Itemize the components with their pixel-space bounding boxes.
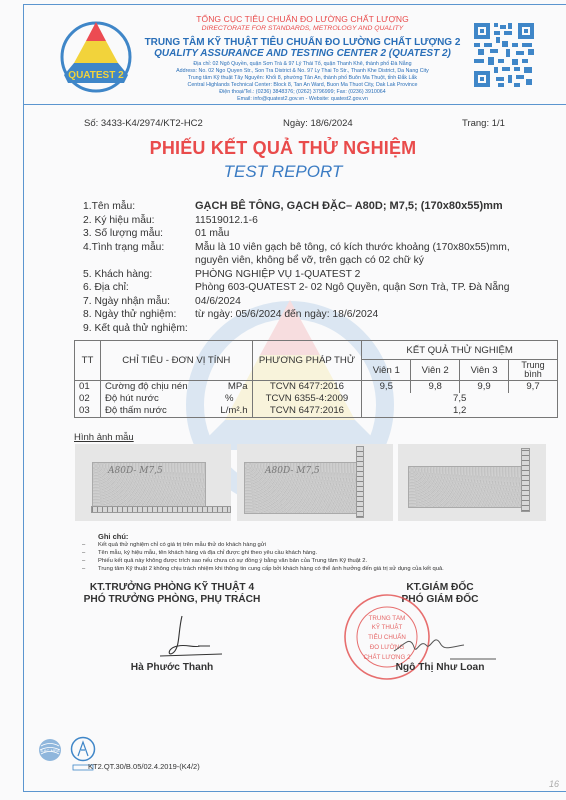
info-value: Phòng 603-QUATEST 2- 02 Ngô Quyền, quận … [195, 281, 553, 295]
info-row-condition: 4.Tình trạng mẫu:Mẫu là 10 viên gạch bê … [83, 241, 553, 255]
quatest2-logo-icon: QUATEST 2 [52, 15, 140, 97]
row-tt: 01 [75, 381, 101, 394]
info-label: 1.Tên mẫu: [83, 200, 195, 214]
handwritten-page-number: 16 [549, 779, 559, 789]
report-number: Số: 3433-K4/2974/KT2-HC2 [84, 118, 203, 129]
header-sample-3: Viên 3 [460, 360, 509, 381]
header-sample-1: Viên 1 [362, 360, 411, 381]
address-line: Address: No. 02 Ngo Quyen Str., Son Tra … [140, 68, 465, 75]
report-title: PHIẾU KẾT QUẢ THỬ NGHIỆM [0, 138, 566, 159]
qr-code-icon[interactable] [474, 23, 534, 87]
address-line: Email: info@quatest2.gov.vn - Website: q… [140, 96, 465, 103]
notes-title: Ghi chú: [98, 533, 542, 541]
row-tt: 03 [75, 405, 101, 418]
ruler-image [91, 506, 231, 513]
info-row-test-date: 8. Ngày thử nghiệm:từ ngày: 05/6/2024 đế… [83, 308, 553, 322]
notes-section: Ghi chú: –Kết quả thử nghiệm chỉ có giá … [82, 533, 542, 573]
info-label: 4.Tình trạng mẫu: [83, 241, 195, 255]
header-method: PHƯƠNG PHÁP THỬ [252, 341, 362, 381]
criteria-name: Cường độ chịu nén [105, 381, 188, 393]
svg-text:QUATEST 2: QUATEST 2 [68, 70, 124, 81]
letterhead: TỔNG CỤC TIÊU CHUẨN ĐO LƯỜNG CHẤT LƯỢNG … [140, 14, 465, 103]
brick-marking: A80D- M7,5 [108, 466, 163, 476]
sample-photo-1: A80D- M7,5 [75, 444, 231, 521]
address-line: Điện thoại/Tel.: (0236) 3848376; (0262) … [140, 89, 465, 96]
sample-photo-2: A80D- M7,5 [237, 444, 393, 521]
signature-left-icon [150, 612, 230, 662]
info-row-received-date: 7. Ngày nhận mẫu:04/6/2024 [83, 295, 553, 309]
criteria-name: Độ hút nước [105, 393, 159, 405]
info-label: 5. Khách hàng: [83, 268, 195, 282]
address-line: Central Highlands Technical Center: Bloc… [140, 82, 465, 89]
info-value: GẠCH BÊ TÔNG, GẠCH ĐẶC– A80D; M7,5; (170… [195, 200, 553, 214]
page-indicator: Trang: 1/1 [462, 118, 505, 129]
sample-photo-3 [398, 444, 546, 521]
note-text: Tên mẫu, ký hiệu mẫu, tên khách hàng và … [98, 549, 317, 557]
note-text: Kết quả thử nghiệm chỉ có giá trị trên m… [98, 541, 266, 549]
note-item: –Phiếu kết quả này không được trích sao … [82, 557, 542, 565]
table-row: 01 Cường độ chịu nénMPa TCVN 6477:2016 9… [75, 381, 558, 394]
center-name-en: QUALITY ASSURANCE AND TESTING CENTER 2 (… [140, 48, 465, 59]
row-average: 9,7 [509, 381, 558, 394]
row-method: TCVN 6477:2016 [252, 405, 362, 418]
address-line: Trung tâm Kỹ thuật Tây Nguyên: Khối 8, p… [140, 75, 465, 82]
address-line: Địa chỉ: 02 Ngô Quyền, quận Sơn Trà & 97… [140, 61, 465, 68]
info-label: 9. Kết quả thử nghiệm: [83, 322, 283, 336]
header-divider [23, 104, 566, 105]
report-subtitle: TEST REPORT [0, 162, 566, 182]
criteria-unit: L/m².h [220, 405, 247, 417]
note-item: –Trung tâm Kỹ thuật 2 không chịu trách n… [82, 565, 542, 573]
row-result-merged: 1,2 [362, 405, 558, 418]
brick-image [408, 466, 522, 508]
info-value: từ ngày: 05/6/2024 đến ngày: 18/6/2024 [195, 308, 553, 322]
signatory-title-2: PHÓ TRƯỞNG PHÒNG, PHỤ TRÁCH [72, 594, 272, 606]
ruler-image [356, 446, 364, 518]
header-sample-2: Viên 2 [411, 360, 460, 381]
criteria-name: Độ thấm nước [105, 405, 167, 417]
form-code: KT2.QT.30/B.05/02.4.2019-(K4/2) [88, 762, 200, 771]
info-row-sample-code: 2. Ký hiệu mẫu:11519012.1-6 [83, 214, 553, 228]
note-text: Trung tâm Kỹ thuật 2 không chịu trách nh… [98, 565, 444, 573]
info-value: 11519012.1-6 [195, 214, 553, 228]
results-table: TT CHỈ TIÊU - ĐƠN VỊ TÍNH PHƯƠNG PHÁP TH… [74, 340, 558, 418]
info-label: 3. Số lượng mẫu: [83, 227, 195, 241]
table-row: 03 Độ thấm nướcL/m².h TCVN 6477:2016 1,2 [75, 405, 558, 418]
info-value: 01 mẫu [195, 227, 553, 241]
info-value: 04/6/2024 [195, 295, 553, 309]
ruler-image [521, 448, 530, 512]
directorate-en: DIRECTORATE FOR STANDARDS, METROLOGY AND… [140, 25, 465, 32]
table-row: 02 Độ hút nước% TCVN 6355-4:2009 7,5 [75, 393, 558, 405]
info-row-quantity: 3. Số lượng mẫu:01 mẫu [83, 227, 553, 241]
signatory-title-1: KT.TRƯỞNG PHÒNG KỸ THUẬT 4 [72, 582, 272, 594]
brick-marking: A80D- M7,5 [265, 466, 320, 476]
row-sample-1: 9,5 [362, 381, 411, 394]
left-signatory-name: Hà Phước Thanh [72, 662, 272, 673]
info-value: Mẫu là 10 viên gạch bê tông, có kích thư… [195, 241, 553, 255]
center-name-vi: TRUNG TÂM KỸ THUẬT TIÊU CHUẨN ĐO LƯỜNG C… [140, 37, 465, 48]
info-row-address: 6. Địa chỉ:Phòng 603-QUATEST 2- 02 Ngô Q… [83, 281, 553, 295]
header-results: KẾT QUẢ THỬ NGHIỆM [362, 341, 558, 360]
info-label: 6. Địa chỉ: [83, 281, 195, 295]
info-row-results: 9. Kết quả thử nghiệm: [83, 322, 553, 336]
note-item: –Tên mẫu, ký hiệu mẫu, tên khách hàng và… [82, 549, 542, 557]
sample-images-title: Hình ảnh mẫu [74, 432, 134, 443]
row-sample-3: 9,9 [460, 381, 509, 394]
info-label: 7. Ngày nhận mẫu: [83, 295, 195, 309]
info-label [83, 254, 195, 268]
row-criteria: Độ thấm nướcL/m².h [100, 405, 252, 418]
left-signatory-title: KT.TRƯỞNG PHÒNG KỸ THUẬT 4 PHÓ TRƯỞNG PH… [72, 582, 272, 606]
address-block: Địa chỉ: 02 Ngô Quyền, quận Sơn Trà & 97… [140, 61, 465, 103]
info-row-condition-cont: nguyên viên, không bể vỡ, trên gạch có 0… [83, 254, 553, 268]
criteria-unit: MPa [228, 381, 248, 393]
info-value: nguyên viên, không bể vỡ, trên gạch có 0… [195, 254, 553, 268]
info-label: 2. Ký hiệu mẫu: [83, 214, 195, 228]
info-value: PHÒNG NGHIỆP VỤ 1-QUATEST 2 [195, 268, 553, 282]
header-criteria: CHỈ TIÊU - ĐƠN VỊ TÍNH [100, 341, 252, 381]
row-tt: 02 [75, 393, 101, 405]
signature-right-icon [390, 625, 500, 665]
criteria-unit: % [225, 393, 234, 405]
row-criteria: Cường độ chịu nénMPa [100, 381, 252, 394]
row-result-merged: 7,5 [362, 393, 558, 405]
row-criteria: Độ hút nước% [100, 393, 252, 405]
info-label: 8. Ngày thử nghiệm: [83, 308, 195, 322]
info-row-sample-name: 1.Tên mẫu:GẠCH BÊ TÔNG, GẠCH ĐẶC– A80D; … [83, 200, 553, 214]
report-date: Ngày: 18/6/2024 [283, 118, 353, 129]
row-sample-2: 9,8 [411, 381, 460, 394]
header-average: Trung bình [509, 360, 558, 381]
right-signatory-name: Ngô Thị Như Loan [345, 662, 535, 673]
header-tt: TT [75, 341, 101, 381]
svg-text:ILAC-MRA: ILAC-MRA [40, 748, 59, 753]
directorate-vi: TỔNG CỤC TIÊU CHUẨN ĐO LƯỜNG CHẤT LƯỢNG [140, 14, 465, 24]
sample-info: 1.Tên mẫu:GẠCH BÊ TÔNG, GẠCH ĐẶC– A80D; … [83, 200, 553, 335]
ilac-mra-badge-icon: ILAC-MRA [38, 738, 62, 762]
row-method: TCVN 6355-4:2009 [252, 393, 362, 405]
svg-text:TRUNG TÂM: TRUNG TÂM [369, 615, 406, 622]
row-method: TCVN 6477:2016 [252, 381, 362, 394]
note-text: Phiếu kết quả này không được trích sao n… [98, 557, 367, 565]
note-item: –Kết quả thử nghiệm chỉ có giá trị trên … [82, 541, 542, 549]
info-row-customer: 5. Khách hàng:PHÒNG NGHIỆP VỤ 1-QUATEST … [83, 268, 553, 282]
